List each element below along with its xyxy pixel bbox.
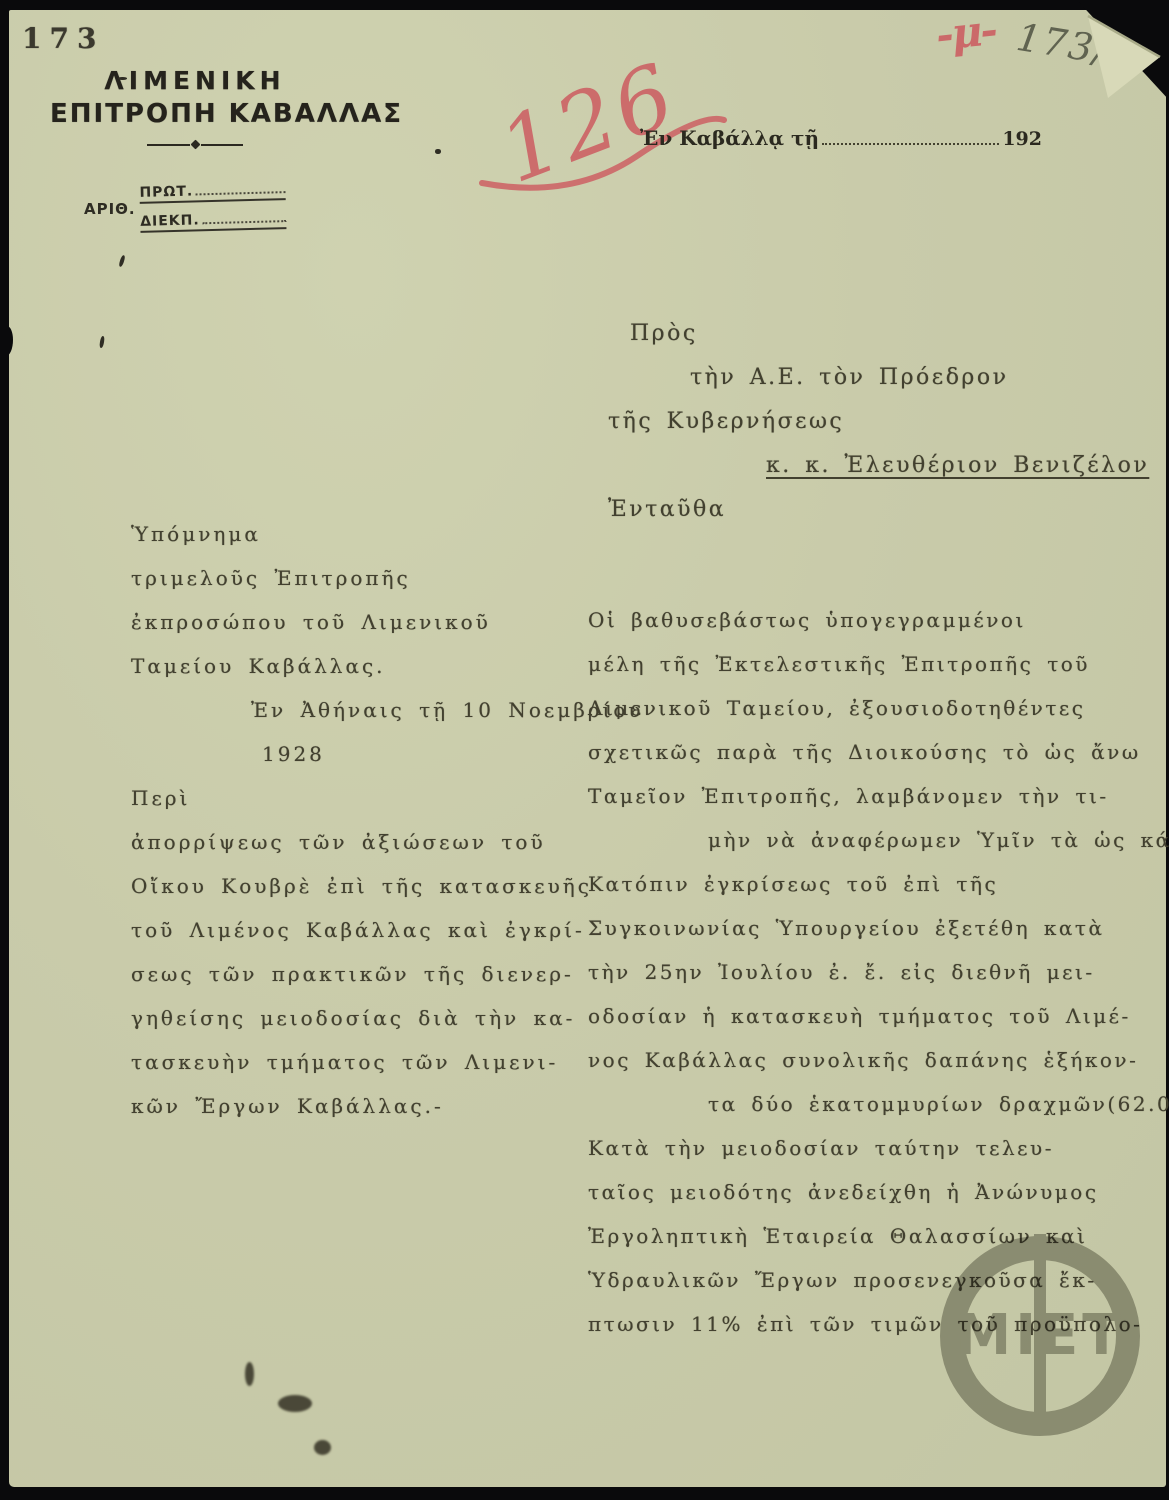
recipient-block: Πρὸςτὴν Α.Ε. τὸν Πρόεδροντῆς Κυβερνήσεως…: [608, 312, 1088, 532]
summary-line: Ἐν Ἀθήναις τῇ 10 Νοεμβρίου: [131, 688, 591, 732]
ink-fleck: [435, 149, 441, 154]
protocol-row: ΠΡΩΤ.: [139, 181, 285, 204]
dateline-dotted-line: [822, 131, 999, 145]
summary-line: γηθείσης μειοδοσίας διὰ τὴν κα-: [131, 996, 591, 1040]
summary-line: τοῦ Λιμένος Καβάλλας καὶ ἐγκρί-: [131, 908, 591, 952]
divider-line-right: [201, 144, 244, 146]
summary-line: τριμελοῦς Ἐπιτροπῆς: [131, 556, 591, 600]
summary-block: Ὑπόμνηματριμελοῦς Ἐπιτροπῆςἐκπροσώπου το…: [131, 512, 591, 1128]
body-text-line: μὴν νὰ ἀναφέρωμεν Ὑμῖν τὰ ὡς κάτωθι.: [588, 818, 1163, 862]
recipient-line: τὴν Α.Ε. τὸν Πρόεδρον: [608, 356, 1088, 400]
miet-watermark: ΜΙΕΤ: [933, 1226, 1147, 1440]
body-text-line: σχετικῶς παρὰ τῆς Διοικούσης τὸ ὡς ἄνω: [588, 730, 1163, 774]
body-text-line: Συγκοινωνίας Ὑπουργείου ἐξετέθη κατὰ: [588, 906, 1163, 950]
arith-label: ΑΡΙΘ.: [84, 200, 136, 218]
ink-smudge: [245, 1362, 254, 1386]
protocol-label: ΠΡΩΤ.: [139, 184, 193, 201]
summary-line: ἐκπροσώπου τοῦ Λιμενικοῦ: [131, 600, 591, 644]
letterhead-line1: ΛΙΜΕΝΙΚΗ: [50, 66, 340, 95]
summary-line: τασκευὴν τμήματος τῶν Λιμενι-: [131, 1040, 591, 1084]
divider-diamond-icon: [190, 140, 200, 150]
summary-line: ἀπορρίψεως τῶν ἀξιώσεων τοῦ: [131, 820, 591, 864]
letterhead-line2: ΕΠΙΤΡΟΠΗ ΚΑΒΑΛΛΑΣ: [50, 99, 340, 129]
dateline-place: Ἐν Καβάλλᾳ τῇ: [640, 126, 819, 150]
dispatch-dotted-line: [202, 210, 287, 224]
summary-line: κῶν Ἔργων Καβάλλας.-: [131, 1084, 591, 1128]
body-text-line: Κατὰ τὴν μειοδοσίαν ταύτην τελευ-: [588, 1126, 1163, 1170]
dispatch-row: ΔΙΕΚΠ.: [140, 210, 286, 233]
summary-line: Ὑπόμνημα: [131, 512, 591, 556]
body-text-line: τα δύο ἑκατομμυρίων δραχμῶν(62.000.000): [588, 1082, 1163, 1126]
summary-line: Περὶ: [131, 776, 591, 820]
body-text-line: οδοσίαν ἡ κατασκευὴ τμήματος τοῦ Λιμέ-: [588, 994, 1163, 1038]
recipient-line: Ἐνταῦθα: [608, 488, 1088, 532]
body-text-line: Λιμενικοῦ Ταμείου, ἐξουσιοδοτηθέντες: [588, 686, 1163, 730]
letterhead: ΛΙΜΕΝΙΚΗ ΕΠΙΤΡΟΠΗ ΚΑΒΑΛΛΑΣ: [50, 66, 340, 149]
ink-fleck: [118, 77, 127, 80]
dateline-year: 192: [1002, 128, 1042, 150]
summary-line: Ταμείου Καβάλλας.: [131, 644, 591, 688]
recipient-line: Πρὸς: [608, 312, 1088, 356]
watermark-monogram: ΜΙΕΤ: [955, 1303, 1124, 1368]
dateline: Ἐν Καβάλλᾳ τῇ 192: [640, 126, 1042, 150]
protocol-dotted-line: [195, 181, 286, 195]
letterhead-divider: [147, 140, 243, 149]
red-mu-annotation: -μ-: [934, 5, 998, 60]
ink-smudge: [278, 1395, 312, 1412]
scanned-document-photo: { "colors": { "background": "#0a0a0c", "…: [0, 0, 1169, 1500]
recipient-line: τῆς Κυβερνήσεως: [608, 400, 1088, 444]
body-text-line: Οἱ βαθυσεβάστως ὑπογεγραμμένοι: [588, 598, 1163, 642]
protocol-rows: ΠΡΩΤ. ΔΙΕΚΠ.: [139, 181, 286, 243]
body-text-line: μέλη τῆς Ἐκτελεστικῆς Ἐπιτροπῆς τοῦ: [588, 642, 1163, 686]
archive-number-stamp: 173: [22, 22, 104, 55]
body-text-line: Ταμεῖον Ἐπιτροπῆς, λαμβάνομεν τὴν τι-: [588, 774, 1163, 818]
summary-line: σεως τῶν πρακτικῶν τῆς διενερ-: [131, 952, 591, 996]
body-text-line: τὴν 25ην Ἰουλίου ἐ. ἔ. εἰς διεθνῆ μει-: [588, 950, 1163, 994]
body-text-line: ταῖος μειοδότης ἀνεδείχθη ἡ Ἀνώνυμος: [588, 1170, 1163, 1214]
dispatch-label: ΔΙΕΚΠ.: [140, 212, 200, 230]
recipient-line: κ. κ. Ἐλευθέριον Βενιζέλον: [608, 444, 1088, 488]
summary-line: 1928: [131, 732, 591, 776]
ink-smudge: [314, 1440, 331, 1455]
divider-line-left: [147, 144, 190, 146]
body-text-line: νος Καβάλλας συνολικῆς δαπάνης ἑξήκον-: [588, 1038, 1163, 1082]
summary-line: Οἴκου Κουβρὲ ἐπὶ τῆς κατασκευῆς: [131, 864, 591, 908]
corner-fold: [1069, 0, 1169, 110]
body-text-line: Κατόπιν ἐγκρίσεως τοῦ ἐπὶ τῆς: [588, 862, 1163, 906]
